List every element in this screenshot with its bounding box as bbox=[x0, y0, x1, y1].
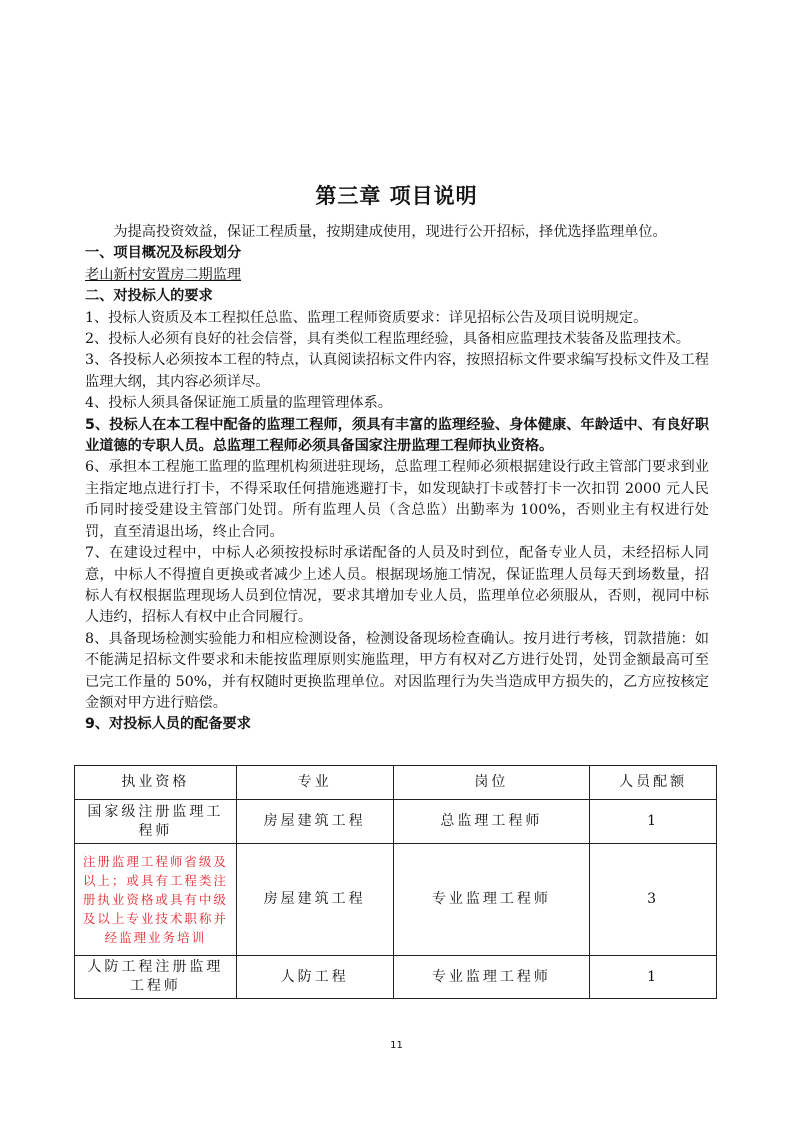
table-row: 人防工程注册监理工程师 人防工程 专业监理工程师 1 bbox=[75, 956, 717, 999]
table-row: 注册监理工程师省级及以上；或具有工程类注册执业资格或具有中级及以上专业技术职称并… bbox=[75, 844, 717, 956]
cell-position: 专业监理工程师 bbox=[393, 956, 590, 999]
header-qualification: 执业资格 bbox=[75, 766, 237, 800]
header-specialty: 专业 bbox=[236, 766, 393, 800]
cell-specialty: 人防工程 bbox=[236, 956, 393, 999]
cell-quota: 3 bbox=[590, 844, 717, 956]
header-position: 岗位 bbox=[393, 766, 590, 800]
cell-specialty: 房屋建筑工程 bbox=[236, 800, 393, 844]
document-body: 为提高投资效益，保证工程质量，按期建成使用，现进行公开招标，择优选择监理单位。 … bbox=[85, 222, 709, 736]
requirement-item-5: 5、投标人在本工程中配备的监理工程师，须具有丰富的监理经验、身体健康、年龄适中、… bbox=[85, 415, 709, 458]
cell-qualification: 人防工程注册监理工程师 bbox=[75, 956, 237, 999]
table-header-row: 执业资格 专业 岗位 人员配额 bbox=[75, 766, 717, 800]
cell-qualification: 国家级注册监理工程师 bbox=[75, 800, 237, 844]
header-quota: 人员配额 bbox=[590, 766, 717, 800]
requirement-item-6: 6、承担本工程施工监理的监理机构须进驻现场，总监理工程师必须根据建设行政主管部门… bbox=[85, 457, 709, 543]
chapter-title: 第三章 项目说明 bbox=[0, 180, 793, 210]
cell-quota: 1 bbox=[590, 956, 717, 999]
project-name: 老山新村安置房二期监理 bbox=[85, 267, 263, 283]
cell-qualification-highlighted: 注册监理工程师省级及以上；或具有工程类注册执业资格或具有中级及以上专业技术职称并… bbox=[75, 844, 237, 956]
requirement-item-1: 1、投标人资质及本工程拟任总监、监理工程师资质要求：详见招标公告及项目说明规定。 bbox=[85, 308, 709, 329]
cell-position: 专业监理工程师 bbox=[393, 844, 590, 956]
requirement-item-8: 8、具备现场检测实验能力和相应检测设备，检测设备现场检查确认。按月进行考核，罚款… bbox=[85, 629, 709, 715]
table-row: 国家级注册监理工程师 房屋建筑工程 总监理工程师 1 bbox=[75, 800, 717, 844]
intro-paragraph: 为提高投资效益，保证工程质量，按期建成使用，现进行公开招标，择优选择监理单位。 bbox=[85, 222, 709, 243]
section-heading-2: 二、对投标人的要求 bbox=[85, 286, 709, 307]
requirement-item-2: 2、投标人必须有良好的社会信誉，具有类似工程监理经验，具备相应监理技术装备及监理… bbox=[85, 329, 709, 350]
requirement-item-9: 9、对投标人员的配备要求 bbox=[85, 714, 709, 735]
project-name-line: 老山新村安置房二期监理 bbox=[85, 265, 709, 286]
cell-position: 总监理工程师 bbox=[393, 800, 590, 844]
page-number: 11 bbox=[0, 1040, 793, 1051]
cell-specialty: 房屋建筑工程 bbox=[236, 844, 393, 956]
requirement-item-7: 7、在建设过程中，中标人必须按投标时承诺配备的人员及时到位，配备专业人员，未经招… bbox=[85, 543, 709, 629]
document-page: 第三章 项目说明 为提高投资效益，保证工程质量，按期建成使用，现进行公开招标，择… bbox=[0, 0, 793, 1123]
section-heading-1: 一、项目概况及标段划分 bbox=[85, 243, 709, 264]
staff-requirements-table: 执业资格 专业 岗位 人员配额 国家级注册监理工程师 房屋建筑工程 总监理工程师… bbox=[74, 765, 717, 999]
requirement-item-3: 3、各投标人必须按本工程的特点，认真阅读招标文件内容，按照招标文件要求编写投标文… bbox=[85, 350, 709, 393]
cell-quota: 1 bbox=[590, 800, 717, 844]
requirement-item-4: 4、投标人须具备保证施工质量的监理管理体系。 bbox=[85, 393, 709, 414]
